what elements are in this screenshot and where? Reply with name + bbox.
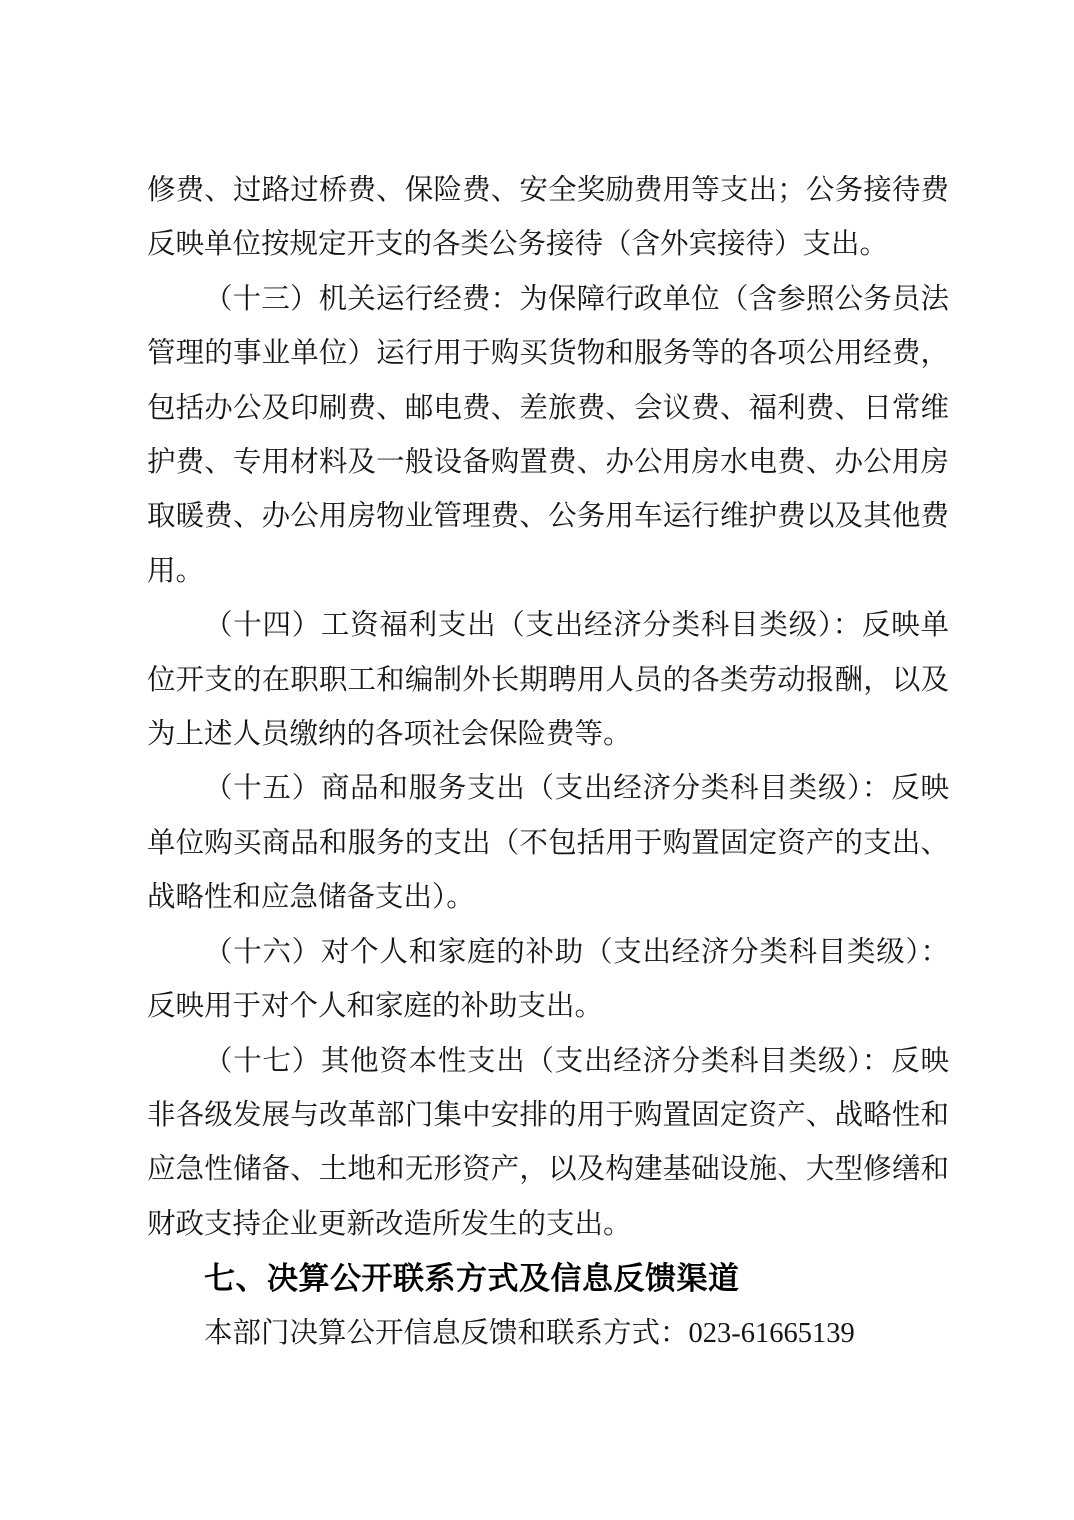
paragraph-item-15: （十五）商品和服务支出（支出经济分类科目类级）：反映单位购买商品和服务的支出（不… [147, 762, 949, 925]
document-page: 修费、过路过桥费、保险费、安全奖励费用等支出；公务接待费反映单位按规定开支的各类… [0, 0, 1074, 1520]
paragraph-item-17: （十七）其他资本性支出（支出经济分类科目类级）：反映非各级发展与改革部门集中安排… [147, 1035, 949, 1253]
paragraph-item-13: （十三）机关运行经费：为保障行政单位（含参照公务员法管理的事业单位）运行用于购买… [147, 273, 949, 599]
contact-info: 本部门决算公开信息反馈和联系方式：023-61665139 [147, 1307, 949, 1361]
paragraph-continued: 修费、过路过桥费、保险费、安全奖励费用等支出；公务接待费反映单位按规定开支的各类… [147, 164, 949, 273]
paragraph-item-16: （十六）对个人和家庭的补助（支出经济分类科目类级）：反映用于对个人和家庭的补助支… [147, 926, 949, 1035]
paragraph-item-14: （十四）工资福利支出（支出经济分类科目类级）：反映单位开支的在职职工和编制外长期… [147, 599, 949, 762]
section-heading: 七、决算公开联系方式及信息反馈渠道 [147, 1252, 949, 1306]
